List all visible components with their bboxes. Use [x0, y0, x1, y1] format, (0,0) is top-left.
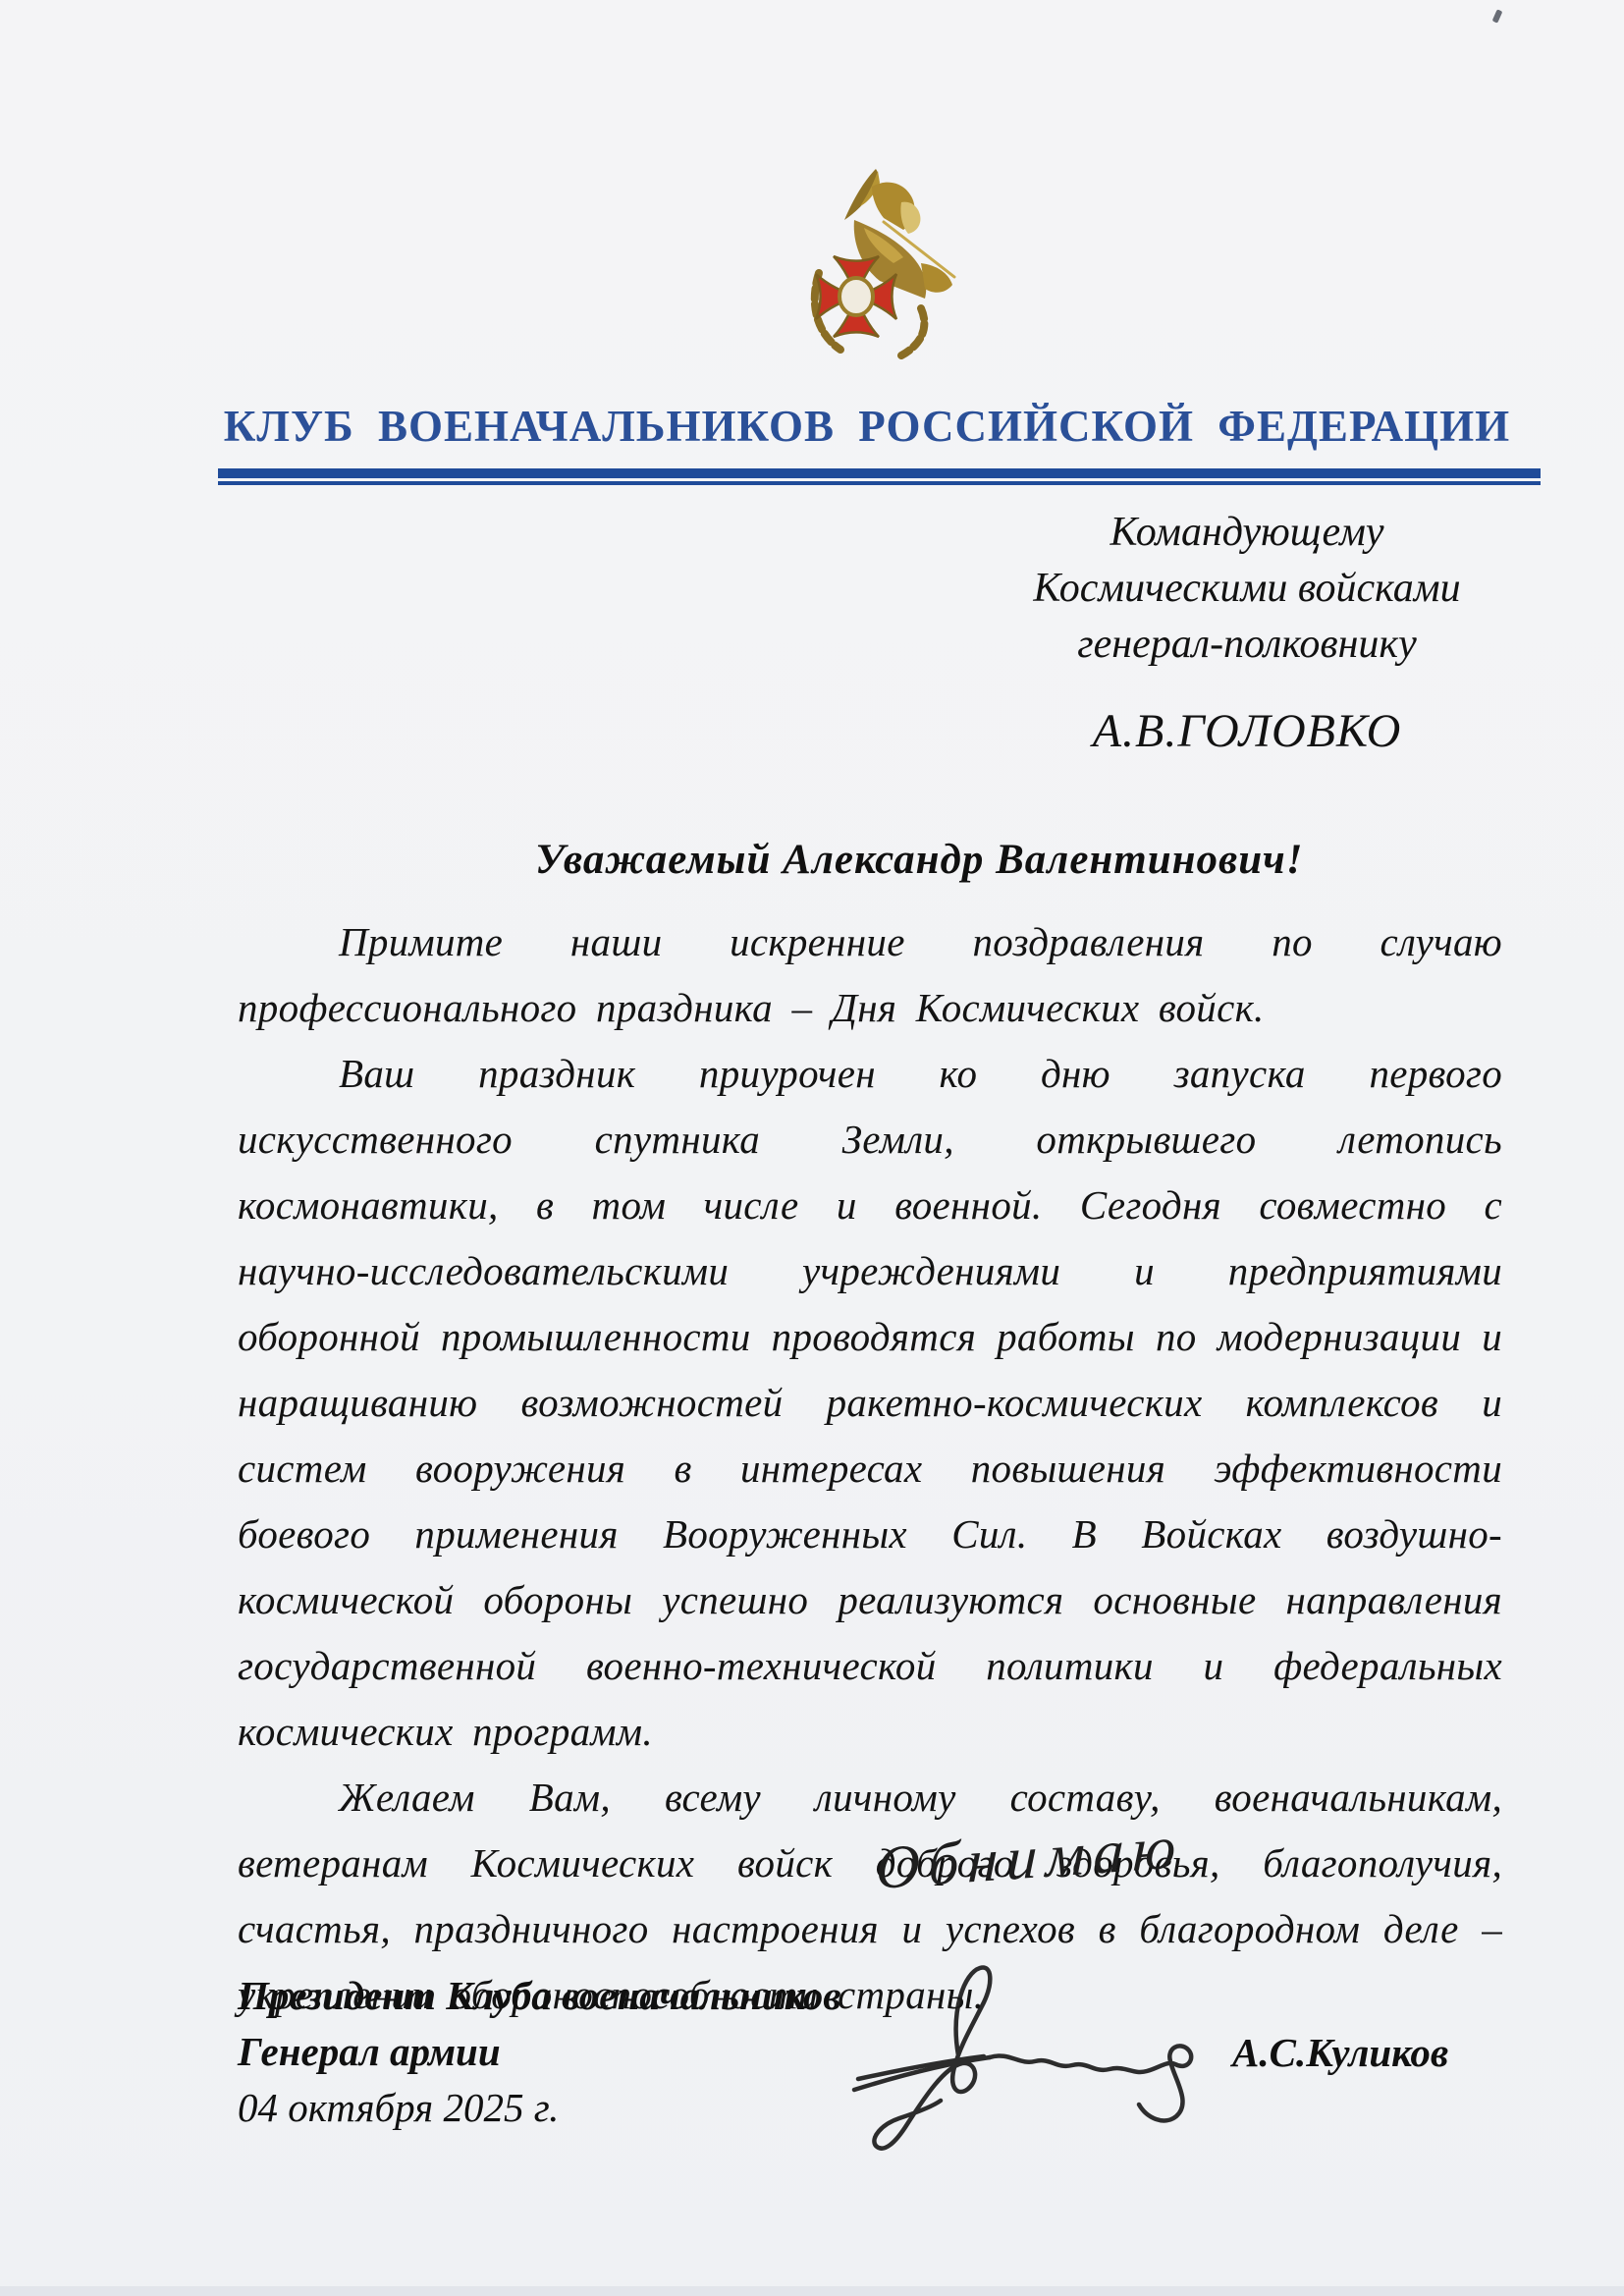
scan-bottom-edge — [0, 2286, 1624, 2296]
recipient-name: А.В.ГОЛОВКО — [1001, 703, 1492, 759]
letter-page: КЛУБ ВОЕНАЧАЛЬНИКОВ РОССИЙСКОЙ ФЕДЕРАЦИИ… — [0, 0, 1624, 2296]
signer-rank: Генерал армии — [238, 2024, 841, 2080]
organization-title: КЛУБ ВОЕНАЧАЛЬНИКОВ РОССИЙСКОЙ ФЕДЕРАЦИИ — [55, 401, 1624, 452]
recipient-line-rank: генерал-полковнику — [1001, 617, 1492, 673]
signer-title: Президент Клуба военачальников — [238, 1968, 841, 2024]
rule-thick-line — [218, 468, 1541, 478]
signature-title-block: Президент Клуба военачальников Генерал а… — [238, 1968, 841, 2136]
rule-thin-line — [218, 481, 1541, 485]
salutation: Уважаемый Александр Валентинович! — [535, 836, 1303, 884]
recipient-line-force: Космическими войсками — [1001, 561, 1492, 617]
recipient-line-position: Командующему — [1001, 505, 1492, 561]
letterhead-emblem-icon — [791, 163, 966, 359]
signer-name: А.С.Куликов — [1232, 2029, 1448, 2076]
emblem-cross-center — [839, 278, 873, 315]
emblem-wreath-right — [901, 308, 924, 355]
recipient-block: Командующему Космическими войсками генер… — [1001, 505, 1492, 759]
scan-speck — [1492, 9, 1503, 23]
letter-date: 04 октября 2025 г. — [238, 2080, 841, 2136]
body-paragraph-1: Примите наши искренние поздравления по с… — [238, 909, 1502, 1041]
emblem-arm — [921, 263, 952, 293]
body-paragraph-2: Ваш праздник приурочен ко дню запуска пе… — [238, 1041, 1502, 1765]
signature-scribble — [842, 1959, 1225, 2160]
letterhead-rule — [218, 468, 1541, 485]
letter-body: Примите наши искренние поздравления по с… — [238, 909, 1502, 2028]
